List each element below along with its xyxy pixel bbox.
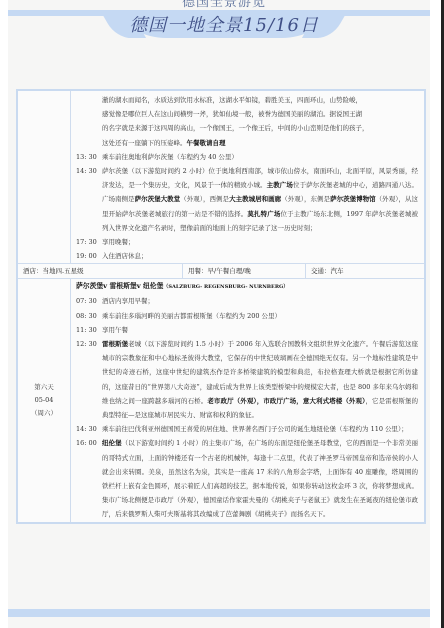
day-date: 05-04 — [18, 394, 70, 407]
page-title: 德国一地全景15/16日 — [126, 11, 322, 37]
schedule-text: 乘车前往多瑙河畔的美丽古都雷根斯堡（车程约为 200 公里） — [102, 309, 424, 323]
text-segment: （以下游览时间约 1 小时）的主集市广场，在广场的东面是纽伦堡圣母教堂，它的西面… — [102, 439, 418, 518]
schedule-text: 享用午餐 — [102, 323, 424, 337]
transport-info: 交通：汽车 — [306, 264, 424, 278]
schedule-text: 入住酒店休息； — [102, 249, 424, 263]
itinerary-table: 澈的湖水而闻名，水质达到饮用水标准，这湖水平如镜，碧胜美玉，四面环山，山势险峻，… — [16, 89, 426, 524]
schedule-text: 享用晚餐； — [102, 235, 424, 249]
schedule-item: 17: 30享用晚餐； — [71, 235, 424, 249]
highlight-place: 纽伦堡 — [102, 439, 122, 447]
schedule-text: 乘车前往奥地利萨尔茨堡（车程约为 40 公里） — [102, 150, 424, 164]
day6-schedule-list: 07: 30酒店内享用早餐；08: 30乘车前往多瑙河畔的美丽古都雷根斯堡（车程… — [71, 294, 424, 521]
schedule-text: 纽伦堡（以下游览时间约 1 小时）的主集市广场，在广场的东面是纽伦堡圣母教堂，它… — [102, 436, 424, 521]
schedule-time: 19: 00 — [71, 249, 102, 263]
meals-info: 用餐：早/午餐自理/晚 — [183, 264, 306, 278]
day6-day-column: 第六天 05-04 （周六） — [17, 279, 71, 523]
highlight-place: 萨尔茨堡大教堂 — [135, 195, 181, 203]
day-label: 第六天 — [18, 381, 70, 394]
schedule-text: 雷根斯堡老城（以下游览时间约 1.5 小时）于 2006 年入选联合国教科文组织… — [102, 337, 424, 422]
day5-continued-row: 澈的湖水而闻名，水质达到饮用水标准，这湖水平如镜，碧胜美玉，四面环山，山势险峻，… — [17, 90, 425, 264]
day6-schedule-cell: 萨尔茨堡v 雷根斯堡v 纽伦堡（SALZBURG- REGENSBURG- NU… — [71, 279, 426, 523]
schedule-time: 14: 30 — [71, 164, 102, 235]
schedule-time: 08: 30 — [71, 309, 102, 323]
schedule-time: 16: 00 — [71, 436, 102, 521]
schedule-time: 17: 30 — [71, 235, 102, 249]
schedule-time: 07: 30 — [71, 294, 102, 308]
schedule-time: 14: 30 — [71, 422, 102, 436]
schedule-item: 12: 30雷根斯堡老城（以下游览时间约 1.5 小时）于 2006 年入选联合… — [71, 337, 424, 422]
cut-off-header-text: 德国全景游览 — [138, 0, 310, 10]
text-segment: （外观），东侧是 — [281, 195, 330, 203]
schedule-item: 14: 30萨尔茨堡（以下游览时间约 2 小时）位于奥地利西南部，城市依山傍水，… — [71, 164, 424, 235]
schedule-item: 11: 30享用午餐 — [71, 323, 424, 337]
day6-row: 第六天 05-04 （周六） 萨尔茨堡v 雷根斯堡v 纽伦堡（SALZBURG-… — [17, 279, 425, 523]
highlight-place: 雷根斯堡 — [102, 340, 128, 348]
lunch-note: 午餐敬请自理 — [187, 139, 226, 147]
day-weekday: （周六） — [18, 407, 70, 420]
day-column-empty — [17, 90, 71, 264]
schedule-text: 萨尔茨堡（以下游览时间约 2 小时）位于奥地利西南部，城市依山傍水，南面环山，北… — [102, 164, 424, 235]
day5-schedule-list: 13: 30乘车前往奥地利萨尔茨堡（车程约为 40 公里）14: 30萨尔茨堡（… — [71, 150, 424, 264]
schedule-item: 13: 30乘车前往奥地利萨尔茨堡（车程约为 40 公里） — [71, 150, 424, 164]
day5-info-bar: 酒店：当地四.五星级 用餐：早/午餐自理/晚 交通：汽车 — [18, 264, 424, 278]
schedule-text: 乘车前往巴伐利亚州德国国王喜爱的居住地、世界著名西门子公司的诞生地纽伦堡（车程约… — [102, 422, 424, 436]
schedule-item: 14: 30乘车前往巴伐利亚州德国国王喜爱的居住地、世界著名西门子公司的诞生地纽… — [71, 422, 424, 436]
schedule-time: 13: 30 — [71, 150, 102, 164]
highlight-place: 大主教城居和画廊 — [229, 195, 281, 203]
highlight-place: 莫扎特广场 — [247, 210, 280, 218]
day6-route-heading: 萨尔茨堡v 雷根斯堡v 纽伦堡（SALZBURG- REGENSBURG- NU… — [71, 279, 424, 294]
schedule-item: 16: 00纽伦堡（以下游览时间约 1 小时）的主集市广场，在广场的东面是纽伦堡… — [71, 436, 424, 521]
text-segment: 老城（以下游览时间约 1.5 小时）于 2006 年入选联合国教科文组织世界文化… — [102, 340, 418, 405]
schedule-item: 08: 30乘车前往多瑙河畔的美丽古都雷根斯堡（车程约为 200 公里） — [71, 309, 424, 323]
schedule-time: 11: 30 — [71, 323, 102, 337]
intro-paragraph: 澈的湖水而闻名，水质达到饮用水标准，这湖水平如镜，碧胜美玉，四面环山，山势险峻，… — [71, 91, 424, 150]
schedule-item: 19: 00入住酒店休息； — [71, 249, 424, 263]
schedule-text: 酒店内享用早餐； — [102, 294, 424, 308]
hotel-info: 酒店：当地四.五星级 — [18, 264, 183, 278]
highlight-place: 主教广场 — [267, 181, 293, 189]
schedule-item: 07: 30酒店内享用早餐； — [71, 294, 424, 308]
highlight-place: 萨尔茨堡博物馆 — [330, 195, 376, 203]
schedule-time: 12: 30 — [71, 337, 102, 422]
day5-info-row: 酒店：当地四.五星级 用餐：早/午餐自理/晚 交通：汽车 — [17, 264, 425, 279]
highlight-place: 老市政厅（外观），市政厅广场，意大利式塔楼（外观） — [207, 397, 365, 405]
document-page: 德国全景游览 德国一地全景15/16日 澈的湖水而闻名，水质达到饮用水标准，这湖… — [8, 0, 430, 628]
day5-schedule-cell: 澈的湖水而闻名，水质达到饮用水标准，这湖水平如镜，碧胜美玉，四面环山，山势险峻，… — [71, 90, 426, 264]
text-segment: （外观），西侧是 — [180, 195, 229, 203]
footer-band — [8, 609, 430, 617]
